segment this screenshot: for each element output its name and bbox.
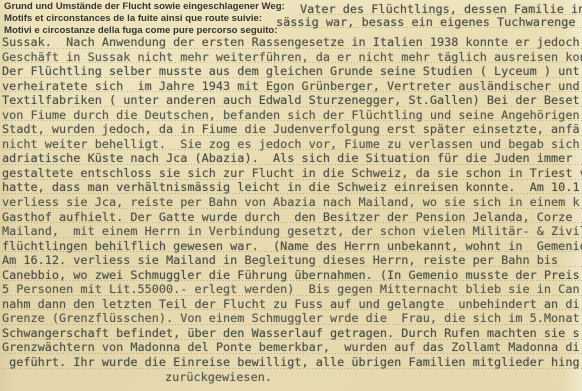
typed-line: flüchtlingen behilflich gewesen war. (Na… [2, 239, 582, 254]
typed-line: Mailand, mit einem Herrn in Verbindung g… [2, 224, 582, 239]
typed-line: 5 Personen mit Lit.55000.- erlegt werden… [2, 282, 582, 297]
scanned-document-page: Grund und Umstände der Flucht sowie eing… [0, 0, 582, 391]
typed-line: hatte, dass man verhältnismässig leicht … [2, 180, 582, 195]
typed-line: Textilfabriken ( unter anderen auch Edwa… [2, 93, 582, 108]
typed-line: Sussak. Nach Anwendung der ersten Rassen… [2, 35, 582, 50]
typed-line: nahm dann den letzten Teil der Flucht zu… [2, 297, 582, 312]
typed-line: Grenze (Grenzflüsschen). Von einem Schmu… [2, 311, 582, 326]
typed-line-final: zurückgewiesen. [2, 370, 582, 385]
typed-line: geführt. Ihr wurde die Einreise bewillig… [2, 355, 582, 370]
typed-line: verheiratete sich im Jahre 1943 mit Egon… [2, 79, 582, 94]
field-label-french: Motifs et circonstances de la fuite ains… [4, 13, 285, 25]
typed-line: Canebbio, wo zwei Schmuggler die Führung… [2, 268, 582, 283]
typed-line: Am 16.12. verliess sie Mailand in Beglei… [2, 253, 582, 268]
typed-line: nicht weiter behelligt. Sie zog es jedoc… [2, 137, 582, 152]
typed-text-block: Sussak. Nach Anwendung der ersten Rassen… [2, 35, 582, 384]
typed-line: Der Flüchtling selber musste aus dem gle… [2, 64, 582, 79]
typed-line: Stadt, wurden jedoch, da in Fiume die Ju… [2, 122, 582, 137]
typed-line: gestaltete entschloss sie sich zur Fluch… [2, 166, 582, 181]
form-field-label-block: Grund und Umstände der Flucht sowie eing… [4, 1, 285, 38]
typed-line: Geschäft in Sussak nicht mehr weiterführ… [2, 50, 582, 65]
typed-line: adriatische Küste nach Jca (Abazia). Als… [2, 151, 582, 166]
typed-line: Schwangerschaft befindet, über den Wasse… [2, 326, 582, 341]
field-label-german: Grund und Umstände der Flucht sowie eing… [4, 1, 285, 13]
typed-line: verliess sie Jca, reiste per Bahn von Ab… [2, 195, 582, 210]
typed-line: Grenzwächtern von Madonna del Ponte beme… [2, 340, 582, 355]
typed-line: Gasthof aufhielt. Der Gatte wurde durch … [2, 210, 582, 225]
typed-line: sässig war, besass ein eigenes Tuchwaren… [276, 15, 582, 30]
typed-line: von Fiume durch die Deutschen, befanden … [2, 108, 582, 123]
